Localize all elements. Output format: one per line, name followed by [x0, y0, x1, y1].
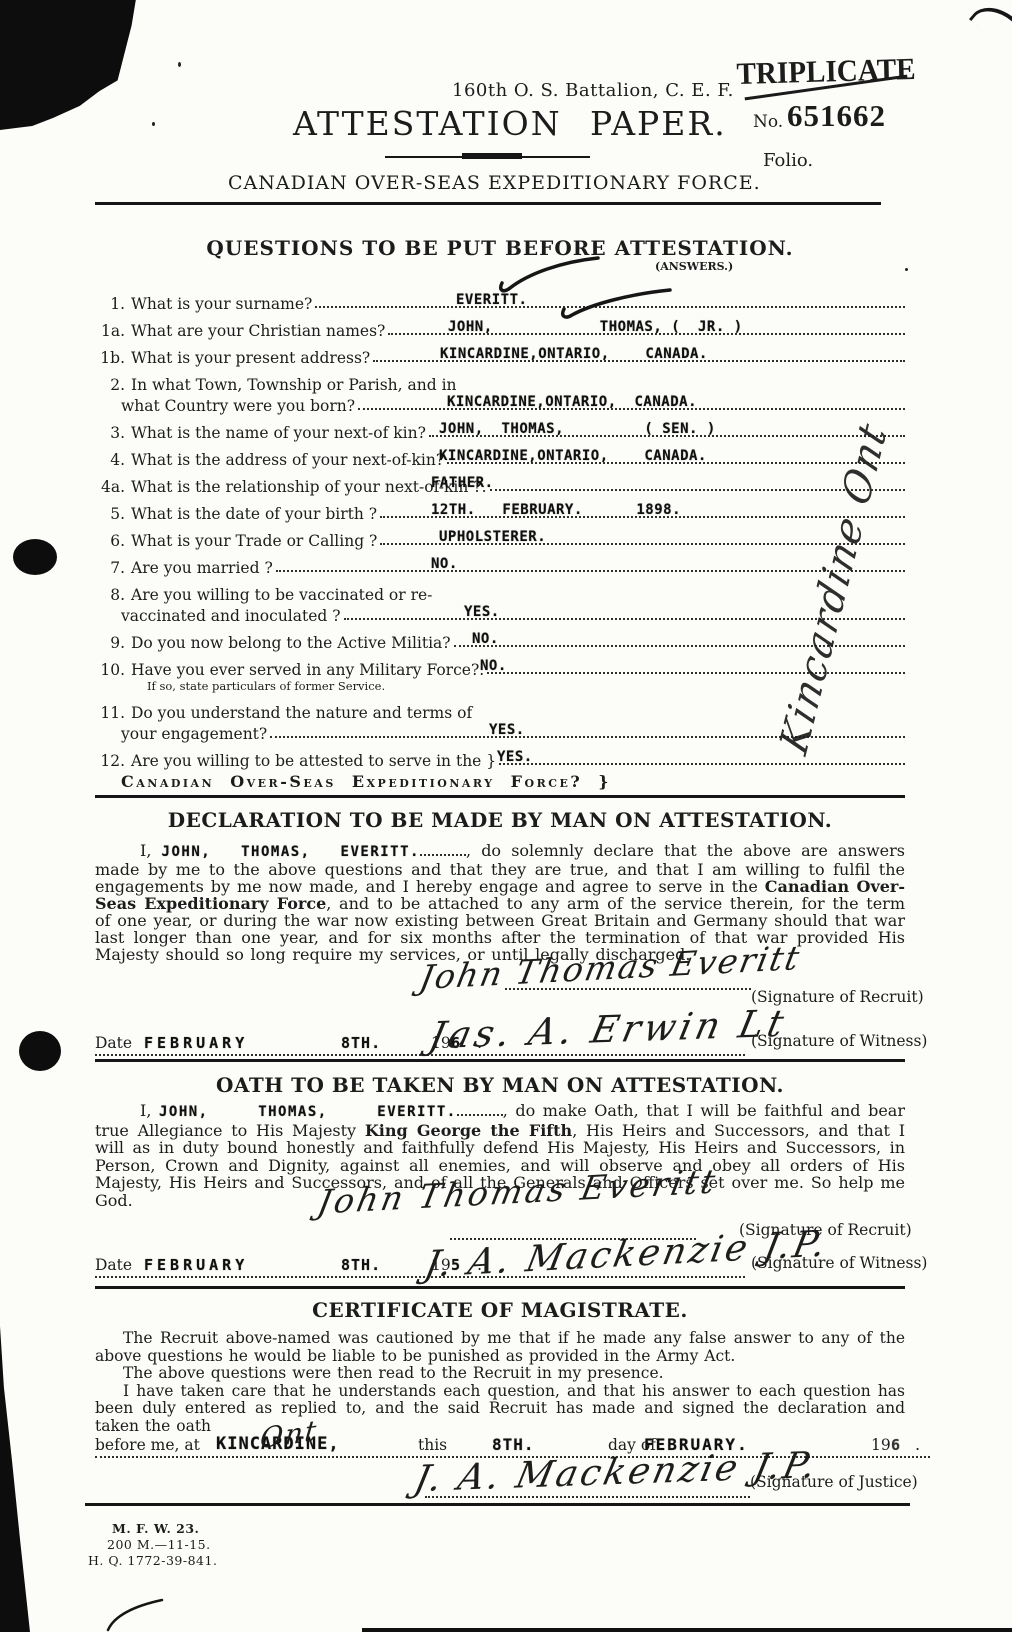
question-row: 3.What is the name of your next-of kin?J… [95, 415, 905, 442]
answer-value: UPHOLSTERER. [439, 529, 546, 545]
form-code: 200 M.—11-15. [107, 1537, 211, 1552]
title-ornament [462, 153, 522, 159]
scan-blob-artifact [0, 0, 140, 134]
question-row: what Country were you born?KINCARDINE,ON… [95, 394, 905, 415]
pen-stroke-artifact [106, 1598, 166, 1632]
punch-hole [19, 1031, 61, 1071]
punch-hole [13, 539, 57, 575]
scan-shadow-artifact [0, 1326, 30, 1632]
declarant-name: JOHN, THOMAS, EVERITT. [159, 1104, 457, 1120]
attestation-paper-scan: 160th O. S. Battalion, C. E. F. TRIPLICA… [0, 0, 1012, 1632]
day-typed: 8TH. [492, 1435, 535, 1454]
date-month: FEBRUARY [144, 1034, 248, 1052]
form-code: H. Q. 1772-39-841. [88, 1553, 217, 1568]
ink-speck [178, 62, 181, 67]
answer-value: YES. [497, 749, 533, 765]
section-rule [95, 795, 905, 798]
page-title: ATTESTATION PAPER. [293, 104, 727, 143]
date-day: 8TH. [341, 1034, 381, 1052]
force-line: CANADIAN OVER-SEAS EXPEDITIONARY FORCE. [228, 172, 761, 194]
battalion-line: 160th O. S. Battalion, C. E. F. [452, 80, 734, 101]
question-row: 7.Are you married ?NO. [95, 550, 905, 577]
signature-line [425, 1494, 750, 1498]
witness-signature-label: (Signature of Witness) [751, 1254, 927, 1272]
declaration-title: DECLARATION TO BE MADE BY MAN ON ATTESTA… [95, 808, 905, 832]
certificate-title: CERTIFICATE OF MAGISTRATE. [95, 1298, 905, 1322]
number-label: No. [753, 112, 783, 132]
answer-value: KINCARDINE,ONTARIO, CANADA. [440, 346, 708, 362]
question-row: 1b.What is your present address?KINCARDI… [95, 340, 905, 367]
section-rule [95, 1286, 905, 1289]
answer-value: YES. [464, 604, 500, 620]
answer-value: FATHER. [431, 475, 494, 491]
dotted-blank [420, 842, 466, 856]
scan-edge-artifact [362, 1628, 1012, 1632]
question-row: 4.What is the address of your next-of-ki… [95, 442, 905, 469]
checkmark-stroke [480, 252, 740, 327]
answer-value: NO. [431, 556, 458, 572]
answer-value: NO. [472, 631, 499, 647]
form-code: M. F. W. 23. [112, 1521, 199, 1536]
oath-title: OATH TO BE TAKEN BY MAN ON ATTESTATION. [95, 1073, 905, 1097]
answer-value: 12TH. FEBRUARY. 1898. [431, 502, 681, 518]
certificate-para: The Recruit above-named was cautioned by… [95, 1330, 905, 1365]
date-day: 8TH. [341, 1256, 381, 1274]
answer-value: KINCARDINE,ONTARIO, CANADA. [447, 394, 697, 410]
certificate-para: The above questions were then read to th… [95, 1365, 905, 1383]
justice-signature-label: (Signature of Justice) [750, 1473, 918, 1491]
date-year-typed: 6 [891, 1436, 900, 1454]
date-month: FEBRUARY [144, 1256, 248, 1274]
question-row: Canadian Over-Seas Expeditionary Force? … [95, 770, 905, 791]
question-row: 2.In what Town, Township or Parish, and … [95, 367, 905, 394]
service-number: 651662 [787, 98, 886, 134]
answer-value: KINCARDINE,ONTARIO, CANADA. [439, 448, 707, 464]
certificate-para: I have taken care that he understands ea… [95, 1383, 905, 1436]
question-row: 10.Have you ever served in any Military … [95, 652, 905, 679]
signature-line [505, 986, 751, 990]
answer-value: JOHN, THOMAS, ( SEN. ) [439, 421, 716, 437]
question-row: 5.What is the date of your birth ?12TH. … [95, 496, 905, 523]
certificate-paragraphs: The Recruit above-named was cautioned by… [95, 1330, 905, 1435]
declarant-name: JOHN, THOMAS, EVERITT. [162, 844, 420, 860]
answer-value: NO. [480, 658, 507, 674]
scan-corner-mark [969, 0, 1012, 47]
ink-speck [152, 122, 155, 126]
ink-speck [905, 268, 908, 271]
question-row: vaccinated and inoculated ?YES. [95, 604, 905, 625]
dotted-blank [457, 1102, 503, 1116]
bottom-rule [85, 1503, 910, 1506]
folio-label: Folio. [763, 150, 813, 171]
question-row: 8.Are you willing to be vaccinated or re… [95, 577, 905, 604]
question-row: 9.Do you now belong to the Active Militi… [95, 625, 905, 652]
question-row: 4a.What is the relationship of your next… [95, 469, 905, 496]
question-row: 6.What is your Trade or Calling ?UPHOLST… [95, 523, 905, 550]
section-rule [95, 202, 881, 205]
witness-signature-label: (Signature of Witness) [751, 1032, 927, 1050]
section-rule [95, 1059, 905, 1062]
answer-value: YES. [489, 722, 525, 738]
